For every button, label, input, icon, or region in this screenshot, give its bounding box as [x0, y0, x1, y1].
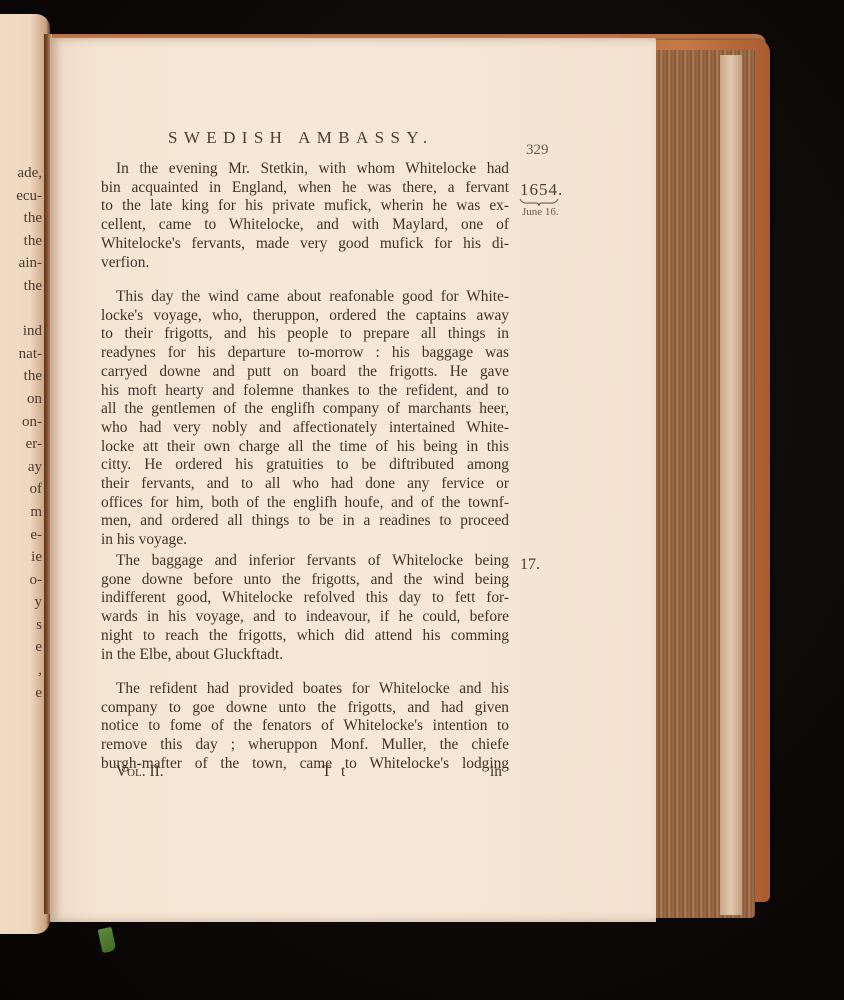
text-line: The refident had provided boates for Whi… — [116, 680, 509, 699]
text-line: his moft hearty and folemne thankes to t… — [101, 382, 509, 401]
running-head: SWEDISH AMBASSY. — [168, 128, 434, 148]
text-line: This day the wind came about reafonable … — [116, 288, 509, 307]
left-page-fragment: the — [16, 275, 42, 298]
left-page-fragment: y — [16, 591, 42, 614]
left-page-text-fragments: ade,ecu-thetheain-the indnat-theonon-er-… — [16, 162, 42, 704]
text-line: locke att their own charge all the time … — [101, 438, 509, 457]
text-line: in his voyage. — [101, 531, 509, 550]
catchword: in — [490, 763, 502, 781]
left-page-fragment: ade, — [16, 162, 42, 185]
paragraph-4: The refident had provided boates for Whi… — [116, 680, 509, 774]
left-page-fragment: , — [16, 659, 42, 682]
left-page-fragment: on — [16, 388, 42, 411]
text-line: company to goe downe unto the frigotts, … — [101, 699, 509, 718]
brace-icon — [519, 198, 559, 206]
text-line: indifferent good, Whitelocke refolved th… — [101, 589, 509, 608]
left-page: ade,ecu-thetheain-the indnat-theonon-er-… — [0, 14, 50, 934]
text-line: Whitelocke's fervants, made very good mu… — [101, 235, 509, 254]
text-line: remove this day ; wheruppon Monf. Muller… — [101, 736, 509, 755]
paragraph-1: In the evening Mr. Stetkin, with whom Wh… — [116, 160, 509, 272]
text-line: night to reach the frigotts, which did a… — [101, 627, 509, 646]
left-page-fragment: er- — [16, 433, 42, 456]
left-page-fragment: on- — [16, 411, 42, 434]
text-line: wards in his voyage, and to indeavour, i… — [101, 608, 509, 627]
text-line: locke's voyage, who, theruppon, ordered … — [101, 307, 509, 326]
text-line: to the late king for his private mufick,… — [101, 197, 509, 216]
text-line: carryed downe and putt on board the frig… — [101, 363, 509, 382]
text-line: offices for him, both of the englifh hou… — [101, 494, 509, 513]
text-line: bin acquainted in England, when he was t… — [101, 179, 509, 198]
paragraph-3: The baggage and inferior fervants of Whi… — [116, 552, 509, 664]
left-page-fragment: nat- — [16, 343, 42, 366]
left-page-fragment: the — [16, 207, 42, 230]
left-page-fragment: e — [16, 636, 42, 659]
left-page-fragment: s — [16, 614, 42, 637]
text-line: all the gentlemen of the englifh company… — [101, 400, 509, 419]
text-line: their fervants, and to all who had done … — [101, 475, 509, 494]
left-page-fragment: the — [16, 365, 42, 388]
left-page-fragment: m — [16, 501, 42, 524]
text-line: In the evening Mr. Stetkin, with whom Wh… — [116, 160, 509, 179]
left-page-fragment — [16, 298, 42, 321]
text-line: readynes for his departure to-morrow : h… — [101, 344, 509, 363]
endpaper-edge — [720, 55, 742, 915]
left-page-fragment: of — [16, 478, 42, 501]
volume-number: Vol. II. — [116, 763, 164, 781]
left-page-fragment: ecu- — [16, 185, 42, 208]
text-line: men, and ordered all things to be in a r… — [101, 512, 509, 531]
text-line: gone downe before unto the frigotts, and… — [101, 571, 509, 590]
text-line: The baggage and inferior fervants of Whi… — [116, 552, 509, 571]
signature-mark: T t — [322, 763, 348, 781]
left-page-fragment: e- — [16, 524, 42, 547]
text-line: citty. He ordered his gratuities to be d… — [101, 456, 509, 475]
left-page-fragment: e — [16, 682, 42, 705]
text-line: verfion. — [101, 254, 509, 273]
page-number: 329 — [526, 142, 549, 159]
left-page-fragment: ay — [16, 456, 42, 479]
left-page-fragment: the — [16, 230, 42, 253]
text-line: notice to fome of the fenators of Whitel… — [101, 717, 509, 736]
text-line: who had very nobly and affectionately in… — [101, 419, 509, 438]
left-page-fragment: ind — [16, 320, 42, 343]
left-page-fragment: ain- — [16, 252, 42, 275]
left-page-fragment: o- — [16, 569, 42, 592]
text-line: to their frigotts, and his people to pre… — [101, 325, 509, 344]
margin-date: June 16. — [522, 206, 559, 218]
left-page-fragment: ie — [16, 546, 42, 569]
margin-day: 17. — [520, 556, 540, 574]
text-line: cellent, came to Whitelocke, and with Ma… — [101, 216, 509, 235]
text-line: in the Elbe, about Gluckftadt. — [101, 646, 509, 665]
margin-year: 1654. — [520, 180, 563, 200]
paragraph-2: This day the wind came about reafonable … — [116, 288, 509, 550]
